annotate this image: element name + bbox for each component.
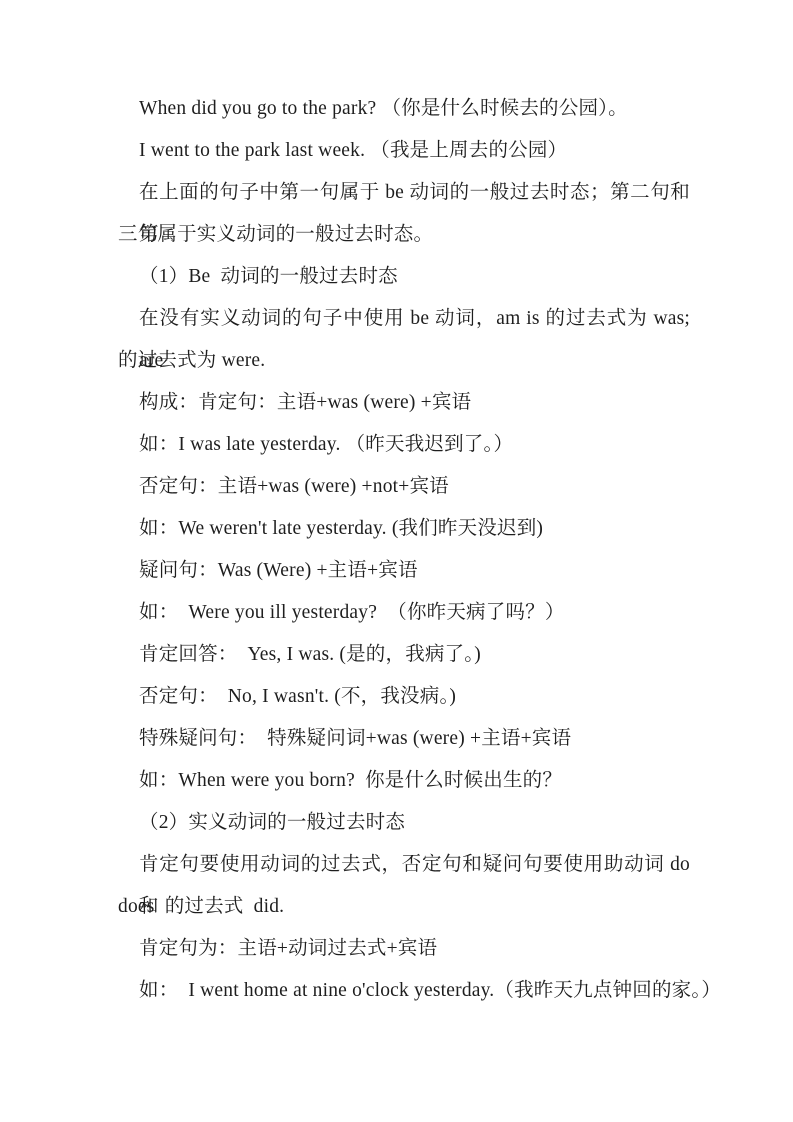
text-line: 否定句： No, I wasn't. (不，我没病。) [118, 676, 690, 718]
text-line: 在上面的句子中第一句属于 be 动词的一般过去时态；第二句和第 [118, 172, 690, 214]
text-line: 如：I was late yesterday. （昨天我迟到了。） [118, 424, 690, 466]
document-page: When did you go to the park? （你是什么时候去的公园… [0, 0, 793, 1122]
text-line: 肯定回答： Yes, I was. (是的，我病了。) [118, 634, 690, 676]
text-line: 特殊疑问句： 特殊疑问词+was (were) +主语+宾语 [118, 718, 690, 760]
text-line: （2）实义动词的一般过去时态 [118, 802, 690, 844]
text-line: 如： I went home at nine o'clock yesterday… [118, 970, 690, 1012]
text-line: （1）Be 动词的一般过去时态 [118, 256, 690, 298]
text-line: I went to the park last week. （我是上周去的公园） [118, 130, 690, 172]
text-line: 如： Were you ill yesterday? （你昨天病了吗？） [118, 592, 690, 634]
text-line: 如：When were you born? 你是什么时候出生的？ [118, 760, 690, 802]
text-line: 如：We weren't late yesterday. (我们昨天没迟到) [118, 508, 690, 550]
text-line: 否定句：主语+was (were) +not+宾语 [118, 466, 690, 508]
text-line: does 的过去式 did. [118, 886, 690, 928]
text-line: When did you go to the park? （你是什么时候去的公园… [118, 88, 690, 130]
text-line: 构成：肯定句：主语+was (were) +宾语 [118, 382, 690, 424]
text-line: 在没有实义动词的句子中使用 be 动词，am is 的过去式为 was; are [118, 298, 690, 340]
text-line: 的过去式为 were. [118, 340, 690, 382]
text-line: 三句属于实义动词的一般过去时态。 [118, 214, 690, 256]
text-line: 肯定句要使用动词的过去式，否定句和疑问句要使用助动词 do 和 [118, 844, 690, 886]
text-line: 疑问句：Was (Were) +主语+宾语 [118, 550, 690, 592]
text-line: 肯定句为：主语+动词过去式+宾语 [118, 928, 690, 970]
